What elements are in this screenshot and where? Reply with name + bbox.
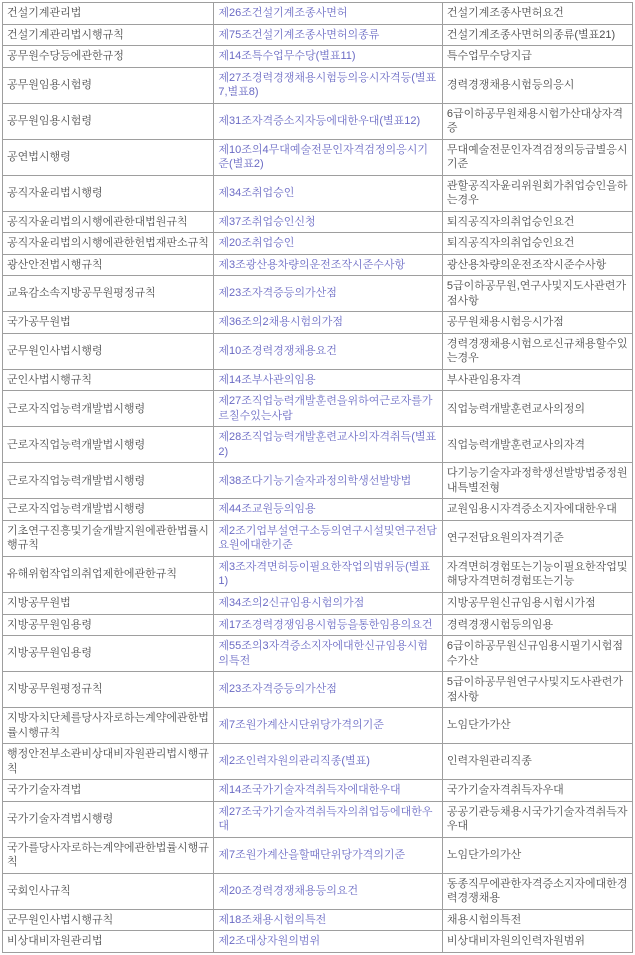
law-name-cell: 비상대비자원관리법 — [3, 931, 214, 953]
law-name-cell: 근로자직업능력개발법시행령 — [3, 463, 214, 499]
article-cell: 제34조의2신규임용시험의가점 — [214, 592, 443, 614]
requirement-cell: 건설기계조종사면허요건 — [442, 3, 632, 25]
requirement-cell: 노임단가가산 — [442, 708, 632, 744]
law-name-cell: 공무원수당등에관한규정 — [3, 46, 214, 68]
table-row: 공직자윤리법의시행에관한대법원규칙 제37조취업승인신청 퇴직공직자의취업승인요… — [3, 211, 633, 233]
requirement-cell: 동종직무에관한자격증소지자에대한경력경쟁채용 — [442, 873, 632, 909]
article-link[interactable]: 제2조인력자원의관리직종(별표) — [218, 755, 370, 767]
article-link[interactable]: 제31조자격증소지자등에대한우대(별표12) — [218, 115, 420, 127]
law-name-cell: 공무원임용시험령 — [3, 103, 214, 139]
article-link[interactable]: 제14조특수업무수당(별표11) — [218, 50, 355, 62]
article-cell: 제27조직업능력개발훈련을위하여근로자를가르칠수있는사람 — [214, 391, 443, 427]
article-cell: 제3조광산용차량의운전조작시준수사항 — [214, 254, 443, 276]
requirement-cell: 공무원채용시험응시가점 — [442, 312, 632, 334]
law-name-cell: 공직자윤리법의시행에관한대법원규칙 — [3, 211, 214, 233]
requirement-cell: 직업능력개발훈련교사의정의 — [442, 391, 632, 427]
article-cell: 제20조취업승인 — [214, 233, 443, 255]
article-link[interactable]: 제2조기업부설연구소등의연구시설및연구전담요원에대한기준 — [218, 525, 437, 552]
requirement-cell: 경력경쟁채용시험등의응시 — [442, 67, 632, 103]
article-cell: 제44조교원등의임용 — [214, 499, 443, 521]
law-name-cell: 기초연구진흥및기술개발지원에관한법률시행규칙 — [3, 520, 214, 556]
article-link[interactable]: 제27조직업능력개발훈련을위하여근로자를가르칠수있는사람 — [218, 395, 432, 422]
table-row: 광산안전법시행규칙 제3조광산용차량의운전조작시준수사항 광산용차량의운전조작시… — [3, 254, 633, 276]
table-row: 지방자치단체를당사자로하는계약에관한법률시행규칙 제7조원가계산시단위당가격의기… — [3, 708, 633, 744]
article-cell: 제7조원가계산을할때단위당가격의기준 — [214, 837, 443, 873]
article-cell: 제10조의4무대예술전문인자격검정의응시기준(별표2) — [214, 139, 443, 175]
article-cell: 제37조취업승인신청 — [214, 211, 443, 233]
law-name-cell: 공직자윤리법시행령 — [3, 175, 214, 211]
article-cell: 제14조국가기술자격취득자에대한우대 — [214, 780, 443, 802]
law-name-cell: 교육감소속지방공무원평정규칙 — [3, 276, 214, 312]
table-row: 지방공무원평정규칙 제23조자격증등의가산점 5급이하공무원연구사및지도사관련가… — [3, 672, 633, 708]
article-cell: 제3조자격면허등이필요한작업의범위등(별표1) — [214, 556, 443, 592]
requirement-cell: 인력자원관리직종 — [442, 744, 632, 780]
article-cell: 제7조원가계산시단위당가격의기준 — [214, 708, 443, 744]
requirement-cell: 지방공무원신규임용시험시가점 — [442, 592, 632, 614]
article-link[interactable]: 제23조자격증등의가산점 — [218, 287, 337, 299]
table-row: 국회인사규칙 제20조경력경쟁채용등의요건 동종직무에관한자격증소지자에대한경력… — [3, 873, 633, 909]
law-name-cell: 국가를당사자로하는계약에관한법률시행규칙 — [3, 837, 214, 873]
article-link[interactable]: 제44조교원등의임용 — [218, 503, 315, 515]
article-link[interactable]: 제18조채용시험의특전 — [218, 914, 326, 926]
law-name-cell: 지방공무원임용령 — [3, 636, 214, 672]
requirement-cell: 경력경쟁채용시험으로신규채용할수있는경우 — [442, 333, 632, 369]
table-row: 공직자윤리법시행령 제34조취업승인 관할공직자윤리위원회가취업승인을하는경우 — [3, 175, 633, 211]
requirement-cell: 다기능기술자과정학생선발방법중정원내특별전형 — [442, 463, 632, 499]
article-cell: 제27조경력경쟁채용시험등의응시자격등(별표7,별표8) — [214, 67, 443, 103]
article-link[interactable]: 제28조직업능력개발훈련교사의자격취득(별표2) — [218, 431, 436, 458]
law-name-cell: 건설기계관리법시행규칙 — [3, 24, 214, 46]
law-name-cell: 공연법시행령 — [3, 139, 214, 175]
requirement-cell: 퇴직공직자의취업승인요건 — [442, 233, 632, 255]
article-link[interactable]: 제7조원가계산시단위당가격의기준 — [218, 719, 384, 731]
article-cell: 제18조채용시험의특전 — [214, 909, 443, 931]
article-link[interactable]: 제27조경력경쟁채용시험등의응시자격등(별표7,별표8) — [218, 72, 436, 99]
requirement-cell: 국가기술자격취득자우대 — [442, 780, 632, 802]
table-row: 지방공무원임용령 제17조경력경쟁임용시험등을통한임용의요건 경력경쟁시험등의임… — [3, 614, 633, 636]
requirement-cell: 5급이하공무원,연구사및지도사관련가점사항 — [442, 276, 632, 312]
requirement-cell: 6급이하공무원신규임용시필기시험점수가산 — [442, 636, 632, 672]
article-cell: 제10조경력경쟁채용요건 — [214, 333, 443, 369]
article-link[interactable]: 제20조취업승인 — [218, 237, 294, 249]
article-cell: 제14조특수업무수당(별표11) — [214, 46, 443, 68]
article-cell: 제36조의2채용시험의가점 — [214, 312, 443, 334]
table-row: 유해위험작업의취업제한에관한규칙 제3조자격면허등이필요한작업의범위등(별표1)… — [3, 556, 633, 592]
article-link[interactable]: 제17조경력경쟁임용시험등을통한임용의요건 — [218, 619, 432, 631]
article-link[interactable]: 제20조경력경쟁채용등의요건 — [218, 885, 358, 897]
article-cell: 제14조부사관의임용 — [214, 369, 443, 391]
article-cell: 제23조자격증등의가산점 — [214, 672, 443, 708]
requirement-cell: 자격면허경험또는기능이필요한작업및해당자격면허경험또는기능 — [442, 556, 632, 592]
law-name-cell: 지방자치단체를당사자로하는계약에관한법률시행규칙 — [3, 708, 214, 744]
table-row: 공직자윤리법의시행에관한헌법재판소규칙 제20조취업승인 퇴직공직자의취업승인요… — [3, 233, 633, 255]
table-row: 지방공무원임용령 제55조의3자격증소지자에대한신규임용시험의특전 6급이하공무… — [3, 636, 633, 672]
law-name-cell: 지방공무원법 — [3, 592, 214, 614]
article-cell: 제31조자격증소지자등에대한우대(별표12) — [214, 103, 443, 139]
law-name-cell: 지방공무원평정규칙 — [3, 672, 214, 708]
requirement-cell: 특수업무수당지급 — [442, 46, 632, 68]
requirement-cell: 비상대비자원의인력자원범위 — [442, 931, 632, 953]
article-cell: 제75조건설기계조종사면허의종류 — [214, 24, 443, 46]
article-cell: 제23조자격증등의가산점 — [214, 276, 443, 312]
article-cell: 제2조대상자원의범위 — [214, 931, 443, 953]
law-name-cell: 국회인사규칙 — [3, 873, 214, 909]
table-row: 군무원인사법시행령 제10조경력경쟁채용요건 경력경쟁채용시험으로신규채용할수있… — [3, 333, 633, 369]
article-link[interactable]: 제2조대상자원의범위 — [218, 935, 320, 947]
article-link[interactable]: 제7조원가계산을할때단위당가격의기준 — [218, 849, 405, 861]
table-row: 국가기술자격법시행령 제27조국가기술자격취득자의취업등에대한우대 공공기관등채… — [3, 801, 633, 837]
law-name-cell: 공무원임용시험령 — [3, 67, 214, 103]
requirement-cell: 채용시험의특전 — [442, 909, 632, 931]
article-link[interactable]: 제10조의4무대예술전문인자격검정의응시기준(별표2) — [218, 144, 428, 171]
table-row: 군무원인사법시행규칙 제18조채용시험의특전 채용시험의특전 — [3, 909, 633, 931]
table-row: 공무원임용시험령 제31조자격증소지자등에대한우대(별표12) 6급이하공무원채… — [3, 103, 633, 139]
law-table-body: 건설기계관리법 제26조건설기계조종사면허 건설기계조종사면허요건 건설기계관리… — [3, 3, 633, 953]
table-row: 국가를당사자로하는계약에관한법률시행규칙 제7조원가계산을할때단위당가격의기준 … — [3, 837, 633, 873]
table-row: 근로자직업능력개발법시행령 제38조다기능기술자과정의학생선발방법 다기능기술자… — [3, 463, 633, 499]
law-name-cell: 군무원인사법시행령 — [3, 333, 214, 369]
law-name-cell: 군무원인사법시행규칙 — [3, 909, 214, 931]
article-link[interactable]: 제14조부사관의임용 — [218, 374, 315, 386]
article-cell: 제26조건설기계조종사면허 — [214, 3, 443, 25]
law-name-cell: 행정안전부소관비상대비자원관리법시행규칙 — [3, 744, 214, 780]
law-name-cell: 지방공무원임용령 — [3, 614, 214, 636]
article-link[interactable]: 제3조광산용차량의운전조작시준수사항 — [218, 259, 405, 271]
requirement-cell: 6급이하공무원채용시험가산대상자격증 — [442, 103, 632, 139]
requirement-cell: 연구전담요원의자격기준 — [442, 520, 632, 556]
requirement-cell: 교원임용시자격증소지자에대한우대 — [442, 499, 632, 521]
table-row: 국가공무원법 제36조의2채용시험의가점 공무원채용시험응시가점 — [3, 312, 633, 334]
article-link[interactable]: 제23조자격증등의가산점 — [218, 683, 337, 695]
table-row: 공무원임용시험령 제27조경력경쟁채용시험등의응시자격등(별표7,별표8) 경력… — [3, 67, 633, 103]
article-cell: 제2조인력자원의관리직종(별표) — [214, 744, 443, 780]
law-name-cell: 근로자직업능력개발법시행령 — [3, 499, 214, 521]
article-link[interactable]: 제34조취업승인 — [218, 187, 294, 199]
article-link[interactable]: 제34조의2신규임용시험의가점 — [218, 597, 364, 609]
law-name-cell: 군인사법시행규칙 — [3, 369, 214, 391]
article-cell: 제38조다기능기술자과정의학생선발방법 — [214, 463, 443, 499]
table-row: 행정안전부소관비상대비자원관리법시행규칙 제2조인력자원의관리직종(별표) 인력… — [3, 744, 633, 780]
law-name-cell: 건설기계관리법 — [3, 3, 214, 25]
law-name-cell: 광산안전법시행규칙 — [3, 254, 214, 276]
table-row: 근로자직업능력개발법시행령 제27조직업능력개발훈련을위하여근로자를가르칠수있는… — [3, 391, 633, 427]
article-link[interactable]: 제14조국가기술자격취득자에대한우대 — [218, 784, 400, 796]
table-row: 국가기술자격법 제14조국가기술자격취득자에대한우대 국가기술자격취득자우대 — [3, 780, 633, 802]
table-row: 교육감소속지방공무원평정규칙 제23조자격증등의가산점 5급이하공무원,연구사및… — [3, 276, 633, 312]
requirement-cell: 무대예술전문인자격검정의등급별응시기준 — [442, 139, 632, 175]
article-link[interactable]: 제3조자격면허등이필요한작업의범위등(별표1) — [218, 561, 430, 588]
law-name-cell: 국가공무원법 — [3, 312, 214, 334]
article-cell: 제2조기업부설연구소등의연구시설및연구전담요원에대한기준 — [214, 520, 443, 556]
article-cell: 제17조경력경쟁임용시험등을통한임용의요건 — [214, 614, 443, 636]
table-row: 건설기계관리법 제26조건설기계조종사면허 건설기계조종사면허요건 — [3, 3, 633, 25]
requirement-cell: 광산용차량의운전조작시준수사항 — [442, 254, 632, 276]
article-link[interactable]: 제36조의2채용시험의가점 — [218, 316, 343, 328]
article-link[interactable]: 제55조의3자격증소지자에대한신규임용시험의특전 — [218, 640, 428, 667]
requirement-cell: 5급이하공무원연구사및지도사관련가점사항 — [442, 672, 632, 708]
article-link[interactable]: 제38조다기능기술자과정의학생선발방법 — [218, 475, 411, 487]
article-cell: 제27조국가기술자격취득자의취업등에대한우대 — [214, 801, 443, 837]
law-name-cell: 근로자직업능력개발법시행령 — [3, 427, 214, 463]
law-name-cell: 유해위험작업의취업제한에관한규칙 — [3, 556, 214, 592]
table-row: 군인사법시행규칙 제14조부사관의임용 부사관임용자격 — [3, 369, 633, 391]
law-name-cell: 근로자직업능력개발법시행령 — [3, 391, 214, 427]
table-row: 공연법시행령 제10조의4무대예술전문인자격검정의응시기준(별표2) 무대예술전… — [3, 139, 633, 175]
requirement-cell: 건설기계조종사면허의종류(별표21) — [442, 24, 632, 46]
requirement-cell: 직업능력개발훈련교사의자격 — [442, 427, 632, 463]
table-row: 지방공무원법 제34조의2신규임용시험의가점 지방공무원신규임용시험시가점 — [3, 592, 633, 614]
requirement-cell: 경력경쟁시험등의임용 — [442, 614, 632, 636]
article-link[interactable]: 제26조건설기계조종사면허 — [218, 7, 347, 19]
table-row: 기초연구진흥및기술개발지원에관한법률시행규칙 제2조기업부설연구소등의연구시설및… — [3, 520, 633, 556]
article-cell: 제20조경력경쟁채용등의요건 — [214, 873, 443, 909]
article-cell: 제55조의3자격증소지자에대한신규임용시험의특전 — [214, 636, 443, 672]
article-link[interactable]: 제27조국가기술자격취득자의취업등에대한우대 — [218, 806, 432, 833]
article-cell: 제28조직업능력개발훈련교사의자격취득(별표2) — [214, 427, 443, 463]
article-cell: 제34조취업승인 — [214, 175, 443, 211]
table-row: 비상대비자원관리법 제2조대상자원의범위 비상대비자원의인력자원범위 — [3, 931, 633, 953]
table-row: 근로자직업능력개발법시행령 제44조교원등의임용 교원임용시자격증소지자에대한우… — [3, 499, 633, 521]
requirement-cell: 관할공직자윤리위원회가취업승인을하는경우 — [442, 175, 632, 211]
law-name-cell: 국가기술자격법시행령 — [3, 801, 214, 837]
article-link[interactable]: 제75조건설기계조종사면허의종류 — [218, 29, 379, 41]
requirement-cell: 부사관임용자격 — [442, 369, 632, 391]
article-link[interactable]: 제10조경력경쟁채용요건 — [218, 345, 337, 357]
requirement-cell: 공공기관등채용시국가기술자격취득자우대 — [442, 801, 632, 837]
article-link[interactable]: 제37조취업승인신청 — [218, 216, 315, 228]
law-name-cell: 공직자윤리법의시행에관한헌법재판소규칙 — [3, 233, 214, 255]
law-qualification-table: 건설기계관리법 제26조건설기계조종사면허 건설기계조종사면허요건 건설기계관리… — [2, 2, 633, 953]
requirement-cell: 노임단가의가산 — [442, 837, 632, 873]
table-row: 건설기계관리법시행규칙 제75조건설기계조종사면허의종류 건설기계조종사면허의종… — [3, 24, 633, 46]
law-name-cell: 국가기술자격법 — [3, 780, 214, 802]
table-row: 근로자직업능력개발법시행령 제28조직업능력개발훈련교사의자격취득(별표2) 직… — [3, 427, 633, 463]
requirement-cell: 퇴직공직자의취업승인요건 — [442, 211, 632, 233]
table-row: 공무원수당등에관한규정 제14조특수업무수당(별표11) 특수업무수당지급 — [3, 46, 633, 68]
